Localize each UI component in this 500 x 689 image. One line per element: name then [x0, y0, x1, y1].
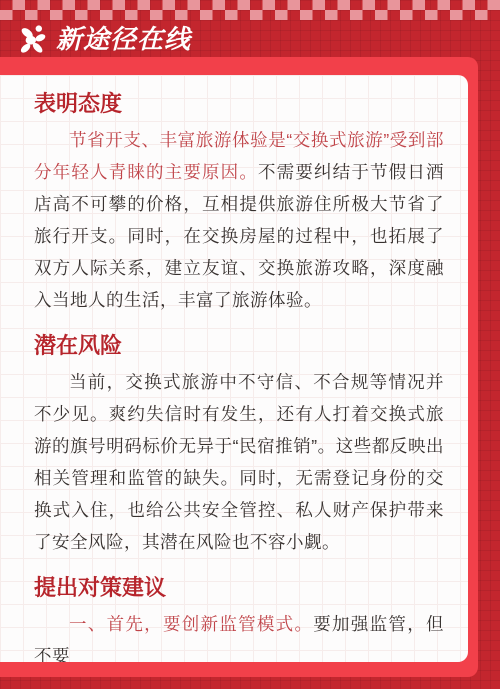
body-text: 当前，交换式旅游中不守信、不合规等情况并不少见。爽约失信时有发生，还有人打着交换… — [34, 372, 444, 552]
emphasis-text: 一、首先，要创新监管模式。 — [69, 614, 313, 634]
content-sections: 表明态度 节省开支、丰富旅游体验是“交换式旅游”受到部分年轻人青睐的主要原因。不… — [34, 89, 444, 662]
article-card: { "header": { "brand": "新途径在线", "logo_ic… — [0, 0, 500, 689]
section-heading: 提出对策建议 — [34, 573, 444, 603]
brand-header: 新途径在线 — [18, 22, 191, 56]
section-heading: 潜在风险 — [34, 331, 444, 361]
article-section: 提出对策建议 一、首先，要创新监管模式。要加强监管，但不要 — [34, 573, 444, 662]
section-heading: 表明态度 — [34, 89, 444, 119]
article-section: 表明态度 节省开支、丰富旅游体验是“交换式旅游”受到部分年轻人青睐的主要原因。不… — [34, 89, 444, 316]
checker-pattern-strip — [0, 0, 500, 20]
section-paragraphs: 节省开支、丰富旅游体验是“交换式旅游”受到部分年轻人青睐的主要原因。不需要纠结于… — [34, 124, 444, 316]
person-figure-icon — [18, 23, 50, 55]
section-paragraphs: 一、首先，要创新监管模式。要加强监管，但不要 — [34, 608, 444, 662]
brand-title: 新途径在线 — [56, 23, 191, 55]
content-panel: 表明态度 节省开支、丰富旅游体验是“交换式旅游”受到部分年轻人青睐的主要原因。不… — [0, 75, 468, 662]
section-paragraphs: 当前，交换式旅游中不守信、不合规等情况并不少见。爽约失信时有发生，还有人打着交换… — [34, 366, 444, 558]
article-section: 潜在风险 当前，交换式旅游中不守信、不合规等情况并不少见。爽约失信时有发生，还有… — [34, 331, 444, 558]
paragraph: 当前，交换式旅游中不守信、不合规等情况并不少见。爽约失信时有发生，还有人打着交换… — [34, 366, 444, 558]
paragraph: 一、首先，要创新监管模式。要加强监管，但不要 — [34, 608, 444, 662]
paragraph: 节省开支、丰富旅游体验是“交换式旅游”受到部分年轻人青睐的主要原因。不需要纠结于… — [34, 124, 444, 316]
body-text: 不需要纠结于节假日酒店高不可攀的价格，互相提供旅游住所极大节省了旅行开支。同时，… — [34, 162, 444, 310]
